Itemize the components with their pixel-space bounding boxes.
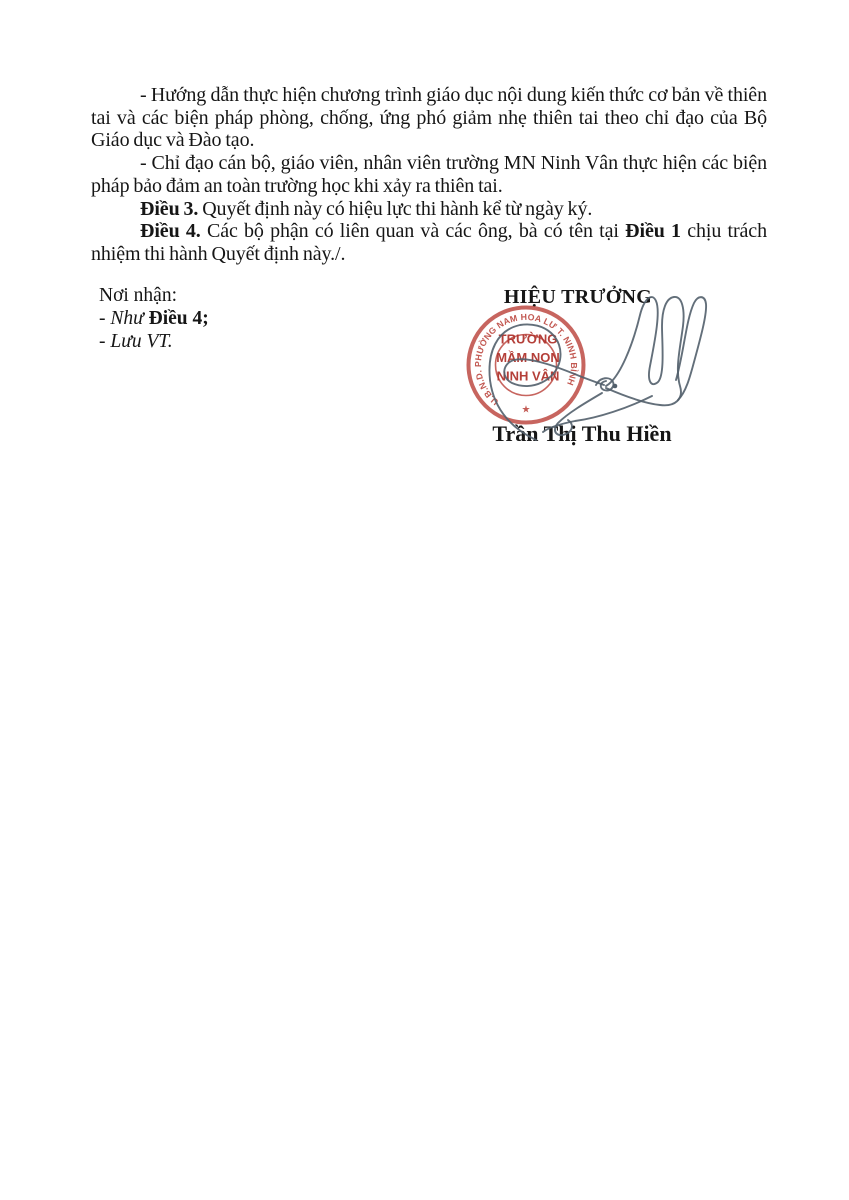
decision-body: - Hướng dẫn thực hiện chương trình giáo … — [91, 84, 767, 266]
text-segment: Điều 4; — [149, 308, 209, 329]
recipients-heading: Nơi nhận: — [99, 284, 209, 307]
body-paragraph: Điều 4. Các bộ phận có liên quan và các … — [91, 220, 767, 265]
text-segment: Điều 3. — [140, 198, 202, 220]
text-segment: - Như — [99, 308, 149, 329]
text-segment: - Chỉ đạo cán bộ, giáo viên, nhân viên t… — [91, 152, 767, 197]
text-segment: Quyết định này có hiệu lực thi hành kể t… — [202, 198, 592, 220]
signature-stroke — [555, 393, 602, 435]
document-page: - Hướng dẫn thực hiện chương trình giáo … — [0, 0, 849, 1200]
stamp-and-signature: U.B.N.D. PHƯỜNG NAM HOA LƯ T. NINH BÌNH … — [410, 283, 730, 450]
recipients-block: Nơi nhận: - Như Điều 4; - Lưu VT. — [99, 284, 209, 353]
signature-ink-dot — [613, 384, 618, 389]
text-segment: - Hướng dẫn thực hiện chương trình giáo … — [91, 84, 767, 151]
recipient-line: - Như Điều 4; — [99, 307, 209, 330]
recipient-line: - Lưu VT. — [99, 330, 209, 353]
stamp-center-line-1: TRƯỜNG — [499, 332, 558, 347]
text-segment: Nơi nhận: — [99, 285, 177, 306]
body-paragraph: - Chỉ đạo cán bộ, giáo viên, nhân viên t… — [91, 152, 767, 197]
text-segment: - Lưu VT. — [99, 331, 173, 352]
text-segment: Điều 4. — [140, 220, 207, 242]
signature-knot — [596, 378, 613, 390]
text-segment: Điều 1 — [625, 220, 681, 242]
signature-stroke — [606, 297, 684, 405]
text-segment: Các bộ phận có liên quan và các ông, bà … — [207, 220, 625, 242]
stamp-center-line-2: MẦM NON — [496, 350, 560, 365]
body-paragraph: Điều 3. Quyết định này có hiệu lực thi h… — [91, 198, 767, 221]
body-paragraph: - Hướng dẫn thực hiện chương trình giáo … — [91, 84, 767, 152]
stamp-star-icon: ★ — [522, 405, 531, 416]
